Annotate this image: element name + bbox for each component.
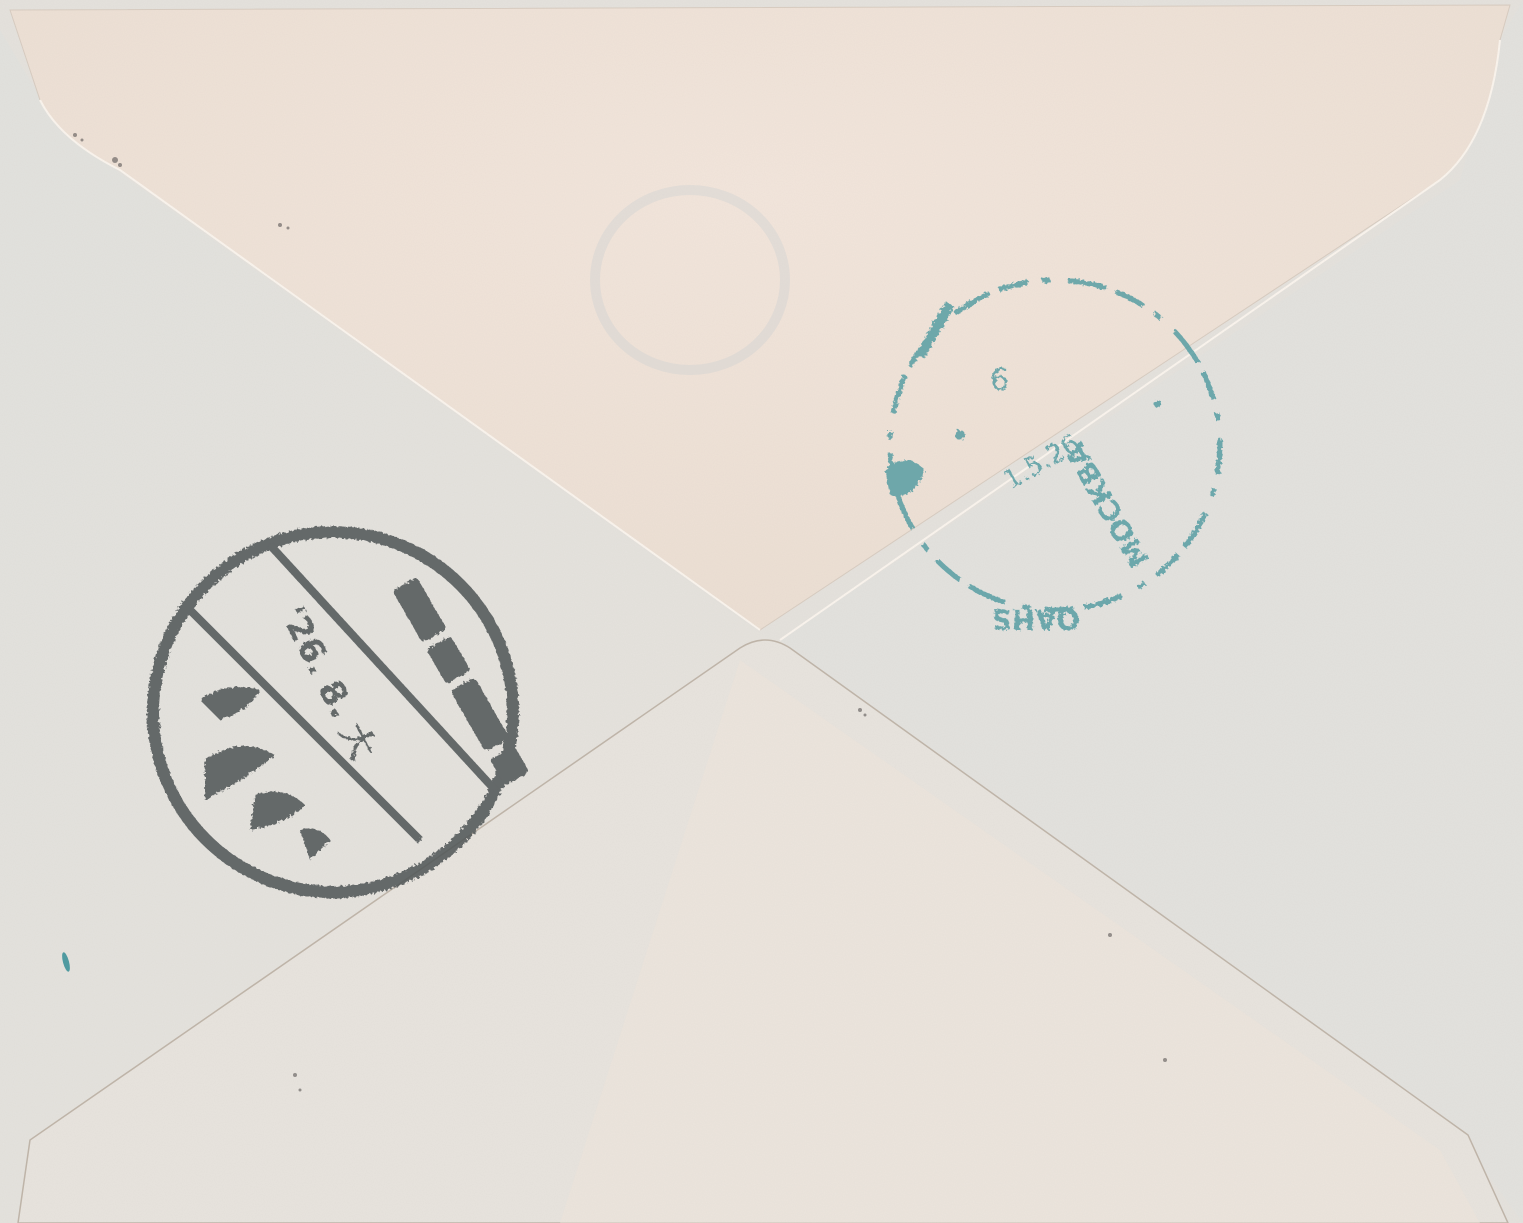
svg-text:OAHS: OAHS (992, 603, 1080, 636)
envelope-illustration: '26. 8. 大 МОСКВА OAHS 6 (0, 0, 1523, 1223)
svg-text:6: 6 (990, 363, 1009, 398)
paper-texture (0, 0, 1523, 1223)
envelope-back: '26. 8. 大 МОСКВА OAHS 6 (0, 0, 1523, 1223)
